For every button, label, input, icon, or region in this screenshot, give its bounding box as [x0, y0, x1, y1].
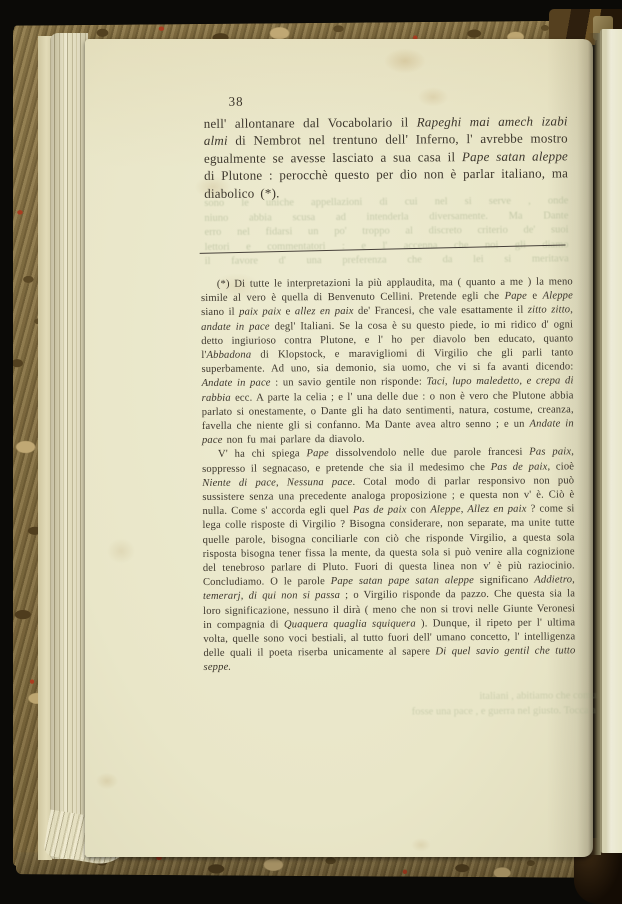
book-page: sono le uniche appellazioni di cui nel s…	[85, 39, 593, 857]
page-number: 38	[229, 94, 244, 110]
book-cover-left-edge	[13, 28, 41, 866]
footnote-paragraph: V' ha chi spiega Pape dissolvendolo nell…	[202, 446, 576, 676]
bleedthrough-text-lower: italiani , abitiamo che comunale , emula…	[337, 689, 622, 720]
footnote-text: (*) Di tutte le interpretazioni la più a…	[201, 275, 576, 675]
page-text-column: sono le uniche appellazioni di cui nel s…	[82, 37, 596, 859]
facing-page-sliver	[600, 29, 622, 853]
main-text-paragraph: nell' allontanare dal Vocabolario il Rap…	[204, 112, 569, 202]
bleedthrough-text-upper: sono le uniche appellazioni di cui nel s…	[204, 194, 569, 270]
footnote-paragraph: (*) Di tutte le interpretazioni la più a…	[201, 275, 574, 448]
photo-background: sono le uniche appellazioni di cui nel s…	[0, 0, 622, 904]
